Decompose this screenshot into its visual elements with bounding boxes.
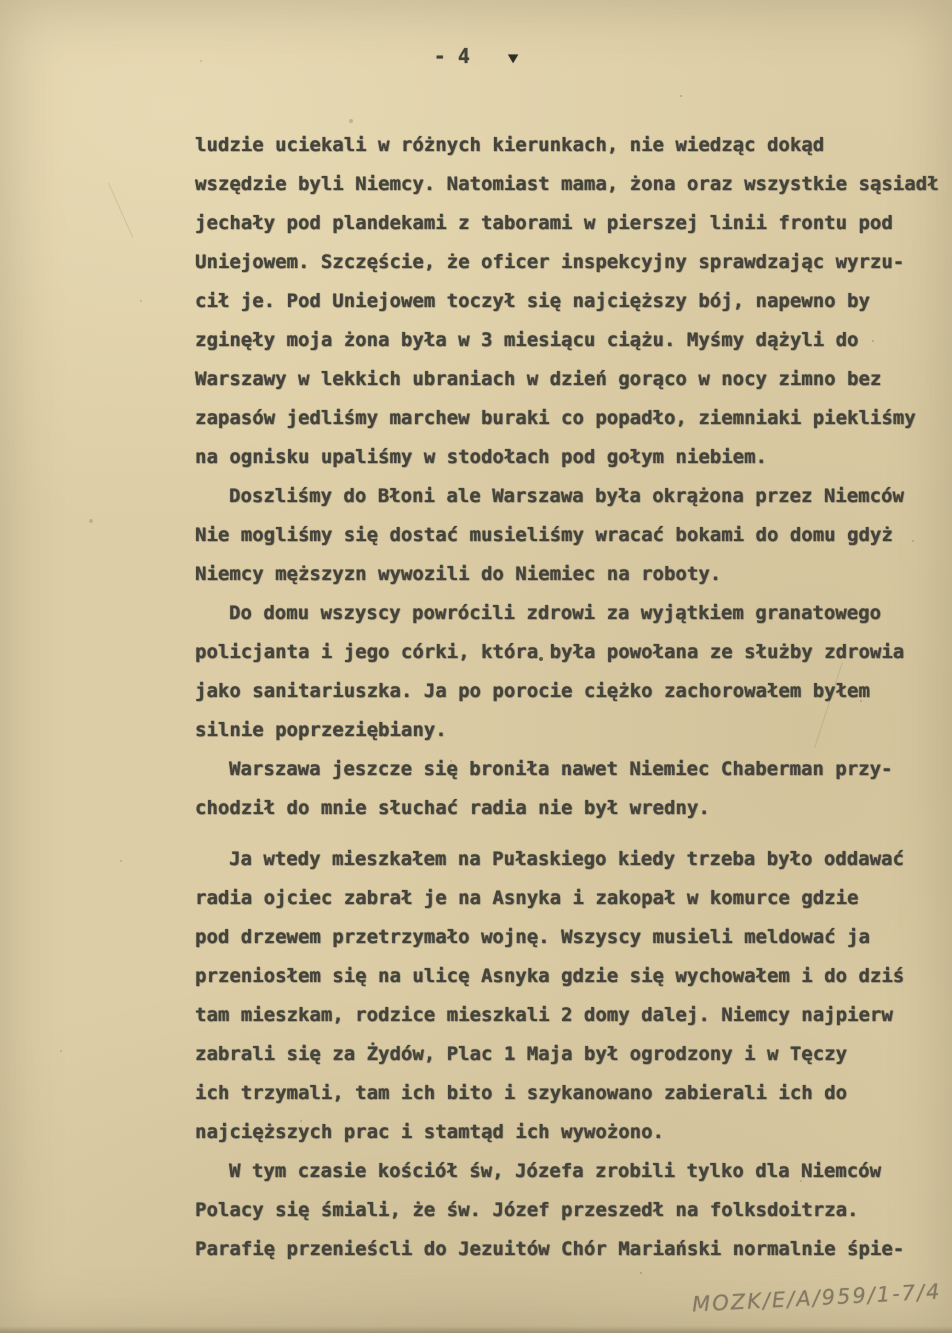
text-line: ludzie uciekali w różnych kierunkach, ni…	[195, 126, 952, 165]
text-line: wszędzie byli Niemcy. Natomiast mama, żo…	[195, 165, 952, 204]
text-line: Doszliśmy do Błoni ale Warszawa była okr…	[195, 477, 952, 516]
text-line: Do domu wszyscy powrócili zdrowi za wyją…	[195, 594, 952, 633]
page-number: - 4	[434, 44, 470, 68]
typewritten-text-block: ludzie uciekali w różnych kierunkach, ni…	[195, 126, 952, 1269]
text-line: W tym czasie kościół św, Józefa zrobili …	[195, 1152, 952, 1191]
text-line: Ja wtedy mieszkałem na Pułaskiego kiedy …	[195, 840, 952, 879]
text-line: pod drzewem przetrzymało wojnę. Wszyscy …	[195, 918, 952, 957]
text-line: radia ojciec zabrał je na Asnyka i zakop…	[195, 879, 952, 918]
text-line: silnie poprzeziębiany.	[195, 711, 952, 750]
text-line: cił je. Pod Uniejowem toczył się najcięż…	[195, 282, 952, 321]
text-line: zginęły moja żona była w 3 miesiącu ciąż…	[195, 321, 952, 360]
text-line: Polacy się śmiali, że św. Józef przeszed…	[195, 1191, 952, 1230]
text-line: Warszawy w lekkich ubraniach w dzień gor…	[195, 360, 952, 399]
text-line: Parafię przenieścli do Jezuitów Chór Mar…	[195, 1230, 952, 1269]
text-line: przeniosłem się na ulicę Asnyka gdzie si…	[195, 957, 952, 996]
text-line: Niemcy męższyzn wywozili do Niemiec na r…	[195, 555, 952, 594]
scan-bottom-edge	[0, 1326, 952, 1333]
text-line: jechały pod plandekami z taborami w pier…	[195, 204, 952, 243]
text-line: jako sanitariuszka. Ja po porocie ciężko…	[195, 672, 952, 711]
text-line: zabrali się za Żydów, Plac 1 Maja był og…	[195, 1035, 952, 1074]
ink-blot-mark: ▼	[508, 50, 518, 67]
page-header: - 4 ▼	[0, 44, 952, 68]
text-line: Warszawa jeszcze się broniła nawet Niemi…	[195, 750, 952, 789]
text-line: na ognisku upaliśmy w stodołach pod goły…	[195, 438, 952, 477]
text-line: zapasów jedliśmy marchew buraki co popad…	[195, 399, 952, 438]
text-line: tam mieszkam, rodzice mieszkali 2 domy d…	[195, 996, 952, 1035]
text-line: chodził do mnie słuchać radia nie był wr…	[195, 789, 952, 828]
text-line: Nie mogliśmy się dostać musieliśmy wraca…	[195, 516, 952, 555]
text-line: najcięższych prac i stamtąd ich wywożono…	[195, 1113, 952, 1152]
text-line: policjanta i jego córki, która była powo…	[195, 633, 952, 672]
text-line: ich trzymali, tam ich bito i szykanowano…	[195, 1074, 952, 1113]
text-line: Uniejowem. Szczęście, że oficer inspekcy…	[195, 243, 952, 282]
